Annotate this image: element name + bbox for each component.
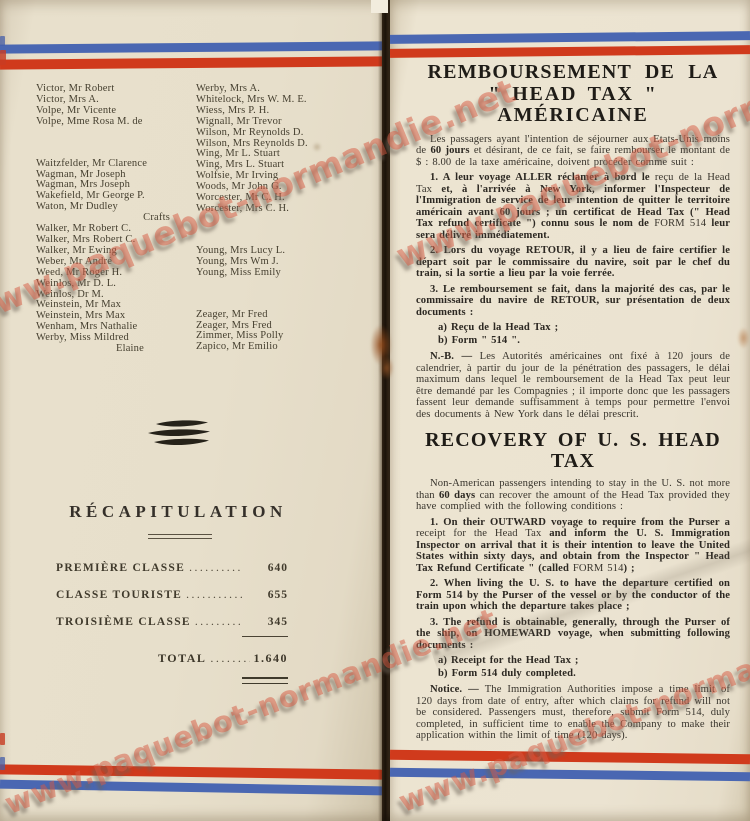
passenger-name: Wilson, Mr Reynolds D. — [196, 128, 374, 139]
passenger-name: Weed, Mr Roger H. — [36, 268, 188, 279]
recap-row-label: PREMIÈRE CLASSE — [56, 562, 185, 574]
recap-row-label: CLASSE TOURISTE — [56, 589, 182, 601]
en-section-title: RECOVERY OF U. S. HEAD TAX — [416, 430, 730, 472]
total-rule — [242, 636, 288, 637]
fr-item3a: a) Reçu de la Head Tax ; — [416, 322, 730, 334]
fr-item3b: b) Form " 514 ". — [416, 335, 730, 347]
passenger-name: Worcester, Mrs C. H. — [196, 204, 374, 215]
total-double-rule — [242, 677, 288, 684]
passenger-list-column-2: Werby, Mrs A.Whitelock, Mrs W. M. E.Wies… — [196, 84, 374, 353]
fr-intro-paragraph: Les passagers ayant l'intention de séjou… — [416, 134, 730, 169]
scanned-booklet: Victor, Mr RobertVictor, Mrs A.Volpe, Mr… — [0, 0, 750, 821]
spine-edge-mark-red — [0, 733, 5, 745]
en-item3a: a) Receipt for the Head Tax ; — [416, 655, 730, 667]
fr-item3-paragraph: 3. Le remboursement se fait, dans la maj… — [416, 284, 730, 319]
decorative-bar-blue-bottom-left — [0, 780, 382, 796]
recap-value: 655 — [246, 589, 288, 601]
en-item3b: b) Form 514 duly completed. — [416, 668, 730, 680]
recap-title: RÉCAPITULATION — [28, 502, 328, 522]
passenger-name: Werby, Miss Mildred — [36, 333, 188, 344]
recap-value: 345 — [246, 616, 288, 628]
passenger-name: Zapico, Mr Emilio — [196, 342, 374, 353]
passenger-name: Elaine — [36, 344, 188, 355]
decorative-bar-red-top-left — [0, 56, 382, 69]
en-item2-paragraph: 2. When living the U. S. to have the dep… — [416, 578, 730, 613]
recap-table: PREMIÈRE CLASSE .............. 640 CLASS… — [56, 554, 288, 635]
total-row: TOTAL .......... 1.640 — [158, 651, 288, 666]
recap-value: 640 — [246, 562, 288, 574]
recap-dots: .............. — [186, 589, 242, 601]
decorative-bar-blue-bottom-right — [390, 768, 750, 781]
right-page-content: REMBOURSEMENT DE LA " HEAD TAX " AMÉRICA… — [416, 62, 730, 746]
recap-row-label: TROISIÈME CLASSE — [56, 616, 191, 628]
total-dots: .......... — [210, 651, 249, 666]
spine-edge-mark-red — [0, 50, 6, 65]
passenger-list-column-1: Victor, Mr RobertVictor, Mrs A.Volpe, Mr… — [36, 84, 188, 355]
passenger-name: Weinlos, Mr D. L. — [36, 279, 188, 290]
fr-item1-paragraph: 1. A leur voyage ALLER réclamer à bord l… — [416, 172, 730, 241]
passenger-name: Waitzfelder, Mr Clarence — [36, 159, 188, 170]
total-label: TOTAL — [158, 651, 206, 666]
recap-row: TROISIÈME CLASSE .............. 345 — [56, 608, 288, 635]
recap-row: CLASSE TOURISTE .............. 655 — [56, 581, 288, 608]
right-page: REMBOURSEMENT DE LA " HEAD TAX " AMÉRICA… — [390, 0, 750, 821]
passenger-name: Young, Miss Emily — [196, 268, 374, 279]
page-edge-sliver — [371, 0, 388, 13]
spine-edge-mark-blue — [0, 36, 5, 46]
passenger-name: Volpe, Mme Rosa M. de — [36, 117, 188, 128]
total-value: 1.640 — [254, 651, 289, 666]
en-item1-paragraph: 1. On their OUTWARD voyage to require fr… — [416, 517, 730, 575]
fr-section-title-line2: " HEAD TAX " AMÉRICAINE — [416, 84, 730, 127]
recap-divider — [148, 534, 212, 539]
decorative-bar-blue-top-left — [0, 41, 382, 53]
decorative-bar-blue-top-right — [390, 31, 750, 44]
en-intro-paragraph: Non-American passengers intending to sta… — [416, 478, 730, 513]
passenger-name: Zeager, Mr Fred — [196, 310, 374, 321]
recap-row: PREMIÈRE CLASSE .............. 640 — [56, 554, 288, 581]
left-page: Victor, Mr RobertVictor, Mrs A.Volpe, Mr… — [0, 0, 382, 821]
decorative-bar-red-bottom-right — [390, 750, 750, 764]
decorative-bar-red-bottom-left — [0, 764, 382, 779]
en-item3-paragraph: 3. The refund is obtainable, generally, … — [416, 617, 730, 652]
fr-nota-bene: N.-B. — Les Autorités américaines ont fi… — [416, 351, 730, 420]
recap-dots: .............. — [195, 616, 242, 628]
spine-edge-mark-blue — [0, 757, 5, 770]
fr-item2-paragraph: 2. Lors du voyage RETOUR, il y a lieu de… — [416, 245, 730, 280]
fr-section-title-line1: REMBOURSEMENT DE LA — [416, 62, 730, 84]
passenger-name: Wignall, Mr Trevor — [196, 117, 374, 128]
en-notice-paragraph: Notice. — The Immigration Authorities im… — [416, 684, 730, 742]
decorative-bar-red-top-right — [390, 45, 750, 58]
recap-dots: .............. — [189, 562, 242, 574]
ornament-icon — [146, 419, 212, 449]
